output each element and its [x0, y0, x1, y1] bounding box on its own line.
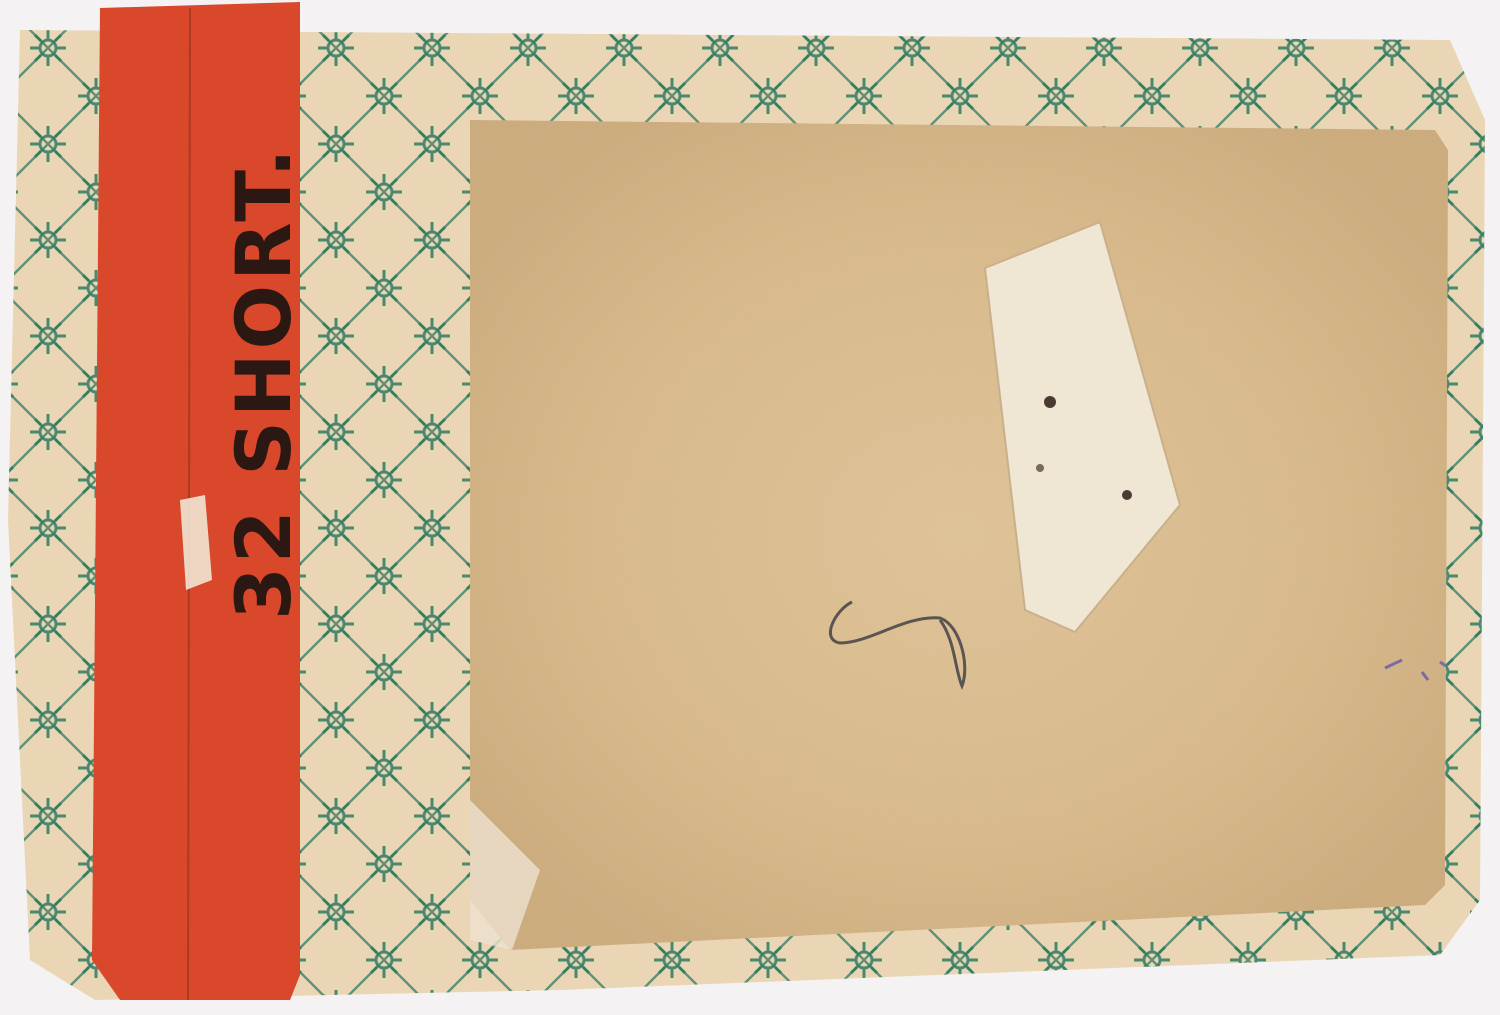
label-text: 32 SHORT. — [214, 240, 314, 620]
photo-scene: 32 SHORT. — [0, 0, 1500, 1015]
